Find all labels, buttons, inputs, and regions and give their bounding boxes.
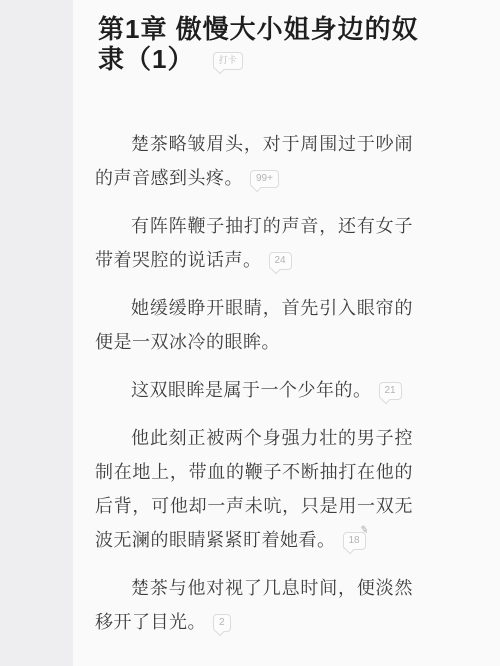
chapter-title-line-1: 第1章 傲慢大小姐身边的奴 bbox=[98, 14, 446, 44]
paragraph: 楚茶略皱眉头，对于周围过于吵闹 的声音感到头疼。99+ bbox=[95, 127, 413, 195]
paragraph: 有阵阵鞭子抽打的声音，还有女子 带着哭腔的说话声。24 bbox=[95, 209, 413, 277]
comment-count-text: 18 bbox=[349, 535, 360, 546]
text-line: 这双眼眸是属于一个少年的。21 bbox=[95, 373, 413, 407]
text-line: 的声音感到头疼。99+ bbox=[95, 161, 413, 195]
text-line-text: 的声音感到头疼。 bbox=[95, 168, 243, 188]
text-line-text: 这双眼眸是属于一个少年的。 bbox=[131, 380, 372, 400]
comment-count-badge[interactable]: 21 bbox=[379, 382, 402, 400]
text-line-text: 便是一双冰冷的眼眸。 bbox=[95, 332, 280, 352]
text-line: 楚茶与他对视了几息时间，便淡然 bbox=[95, 571, 413, 605]
text-line: 带着哭腔的说话声。24 bbox=[95, 243, 413, 277]
text-line-text: 移开了目光。 bbox=[95, 612, 206, 632]
text-line-text: 带着哭腔的说话声。 bbox=[95, 250, 262, 270]
text-line: 她缓缓睁开眼睛，首先引入眼帘的 bbox=[95, 291, 413, 325]
comment-count-badge[interactable]: 99+ bbox=[250, 170, 279, 188]
paragraph: 这双眼眸是属于一个少年的。21 bbox=[95, 373, 413, 407]
text-line: 制在地上，带血的鞭子不断抽打在他的 bbox=[95, 455, 413, 489]
paragraph: 他此刻正被两个身强力壮的男子控 制在地上，带血的鞭子不断抽打在他的 后背，可他却… bbox=[95, 421, 413, 557]
text-line: 他此刻正被两个身强力壮的男子控 bbox=[95, 421, 413, 455]
comment-count-badge[interactable]: 2 bbox=[213, 614, 231, 632]
comment-count-badge[interactable]: 24 bbox=[269, 252, 292, 270]
pencil-icon: ✎ bbox=[359, 526, 369, 537]
text-line: 移开了目光。2 bbox=[95, 605, 413, 639]
text-line: 波无澜的眼睛紧紧盯着她看。18✎ bbox=[95, 523, 413, 557]
chapter-title-line-2-text: 隶（1） bbox=[98, 44, 194, 74]
text-line: 有阵阵鞭子抽打的声音，还有女子 bbox=[95, 209, 413, 243]
text-line: 楚茶略皱眉头，对于周围过于吵闹 bbox=[95, 127, 413, 161]
reader-page: 第1章 傲慢大小姐身边的奴 隶（1） 打卡 楚茶略皱眉头，对于周围过于吵闹 的声… bbox=[0, 0, 500, 666]
chapter-title-line-2: 隶（1） 打卡 bbox=[98, 44, 446, 74]
text-line: 后背，可他却一声未吭，只是用一双无 bbox=[95, 489, 413, 523]
text-line: 便是一双冰冷的眼眸。 bbox=[95, 325, 413, 359]
chapter-title: 第1章 傲慢大小姐身边的奴 隶（1） 打卡 bbox=[98, 14, 446, 74]
checkin-badge[interactable]: 打卡 bbox=[213, 52, 243, 70]
reader-content: 第1章 傲慢大小姐身边的奴 隶（1） 打卡 楚茶略皱眉头，对于周围过于吵闹 的声… bbox=[95, 0, 413, 653]
paragraph: 她缓缓睁开眼睛，首先引入眼帘的 便是一双冰冷的眼眸。 bbox=[95, 291, 413, 359]
comment-count-badge-with-author-note[interactable]: 18✎ bbox=[343, 532, 366, 550]
paragraph: 楚茶与他对视了几息时间，便淡然 移开了目光。2 bbox=[95, 571, 413, 639]
text-line-text: 波无澜的眼睛紧紧盯着她看。 bbox=[95, 530, 336, 550]
left-margin-strip bbox=[0, 0, 73, 666]
